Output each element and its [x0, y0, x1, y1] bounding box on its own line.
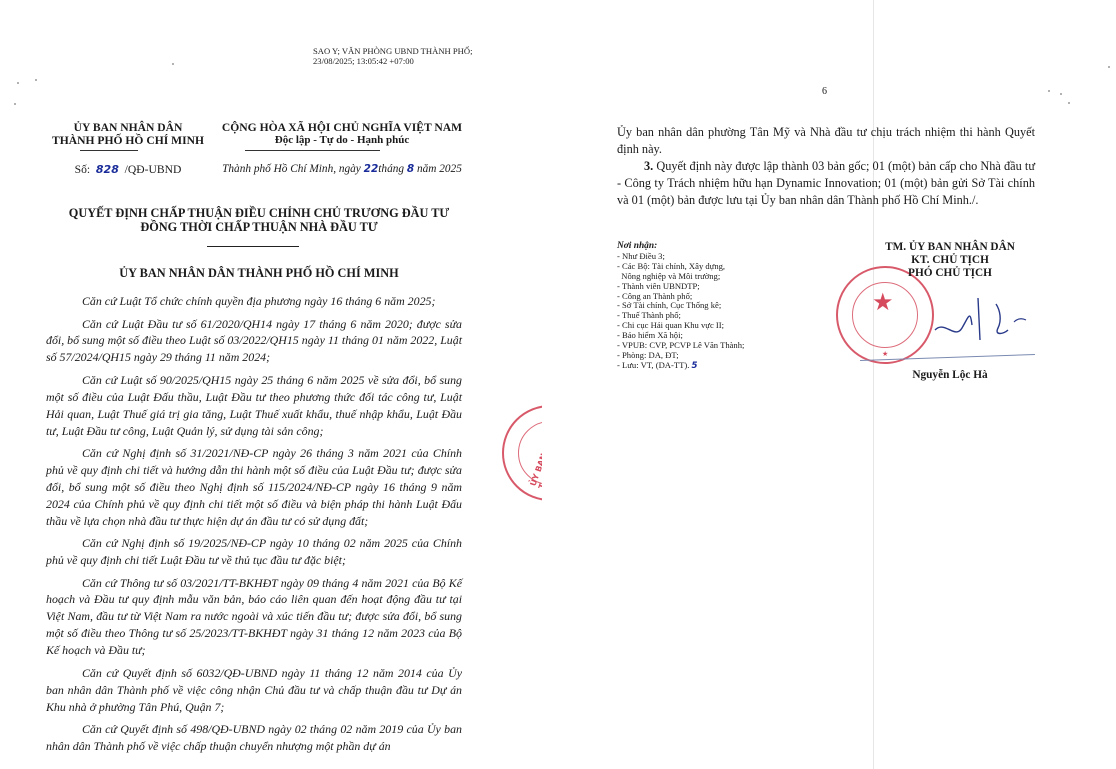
month-handwritten: 8 [407, 163, 414, 175]
legal-basis-paragraph: Căn cứ Luật Đầu tư số 61/2020/QH14 ngày … [46, 316, 462, 367]
legal-basis-paragraph: Căn cứ Luật số 90/2025/QH15 ngày 25 thán… [46, 372, 462, 440]
recipient-text: - Công an Thành phố; [617, 291, 692, 301]
seal-star-small-icon: ★ [882, 350, 888, 358]
paragraph-3-text: Quyết định này được lập thành 03 bản gốc… [617, 159, 1035, 207]
title-line1: QUYẾT ĐỊNH CHẤP THUẬN ĐIỀU CHỈNH CHỦ TRƯ… [20, 206, 498, 220]
recipient-text: - Các Bộ: Tài chính, Xây dựng, [617, 261, 725, 271]
national-header: CỘNG HÒA XÃ HỘI CHỦ NGHĨA VIỆT NAM Độc l… [206, 121, 478, 147]
red-seal: ★ ★ [836, 266, 934, 364]
doc-no-label: Số: [75, 163, 90, 176]
recipients-list: Nơi nhận: - Như Điều 3;- Các Bộ: Tài chí… [617, 242, 837, 372]
page-number: 6 [822, 86, 827, 97]
red-seal-partial: ỦY BAN NHÂN DÂN T [502, 405, 542, 501]
scan-speck [1068, 102, 1070, 104]
doc-no-suffix: /QĐ-UBND [125, 163, 182, 176]
national-motto: Độc lập - Tự do - Hạnh phúc [206, 134, 478, 147]
recipient-text: - Thuế Thành phố; [617, 310, 681, 320]
recipient-text: Nông nghiệp và Môi trường; [617, 271, 720, 281]
scan-speck [1048, 90, 1050, 92]
paragraph-3: 3. Quyết định này được lập thành 03 bản … [617, 158, 1035, 209]
scan-speck [35, 79, 37, 81]
legal-basis-paragraph: Căn cứ Luật Tổ chức chính quyền địa phươ… [46, 293, 462, 310]
handwritten-copy-count: 5 [692, 361, 698, 371]
document-number: Số: 828 /QĐ-UBND [38, 163, 218, 176]
recipient-text: - Chi cục Hải quan Khu vực II; [617, 320, 724, 330]
signature-line1: TM. ỦY BAN NHÂN DÂN [850, 241, 1050, 254]
recipient-item: - Lưu: VT, (DA-TT). 5 [617, 361, 837, 372]
star-emblem-icon: ★ [872, 288, 894, 316]
recipient-text: - Sở Tài chính, Cục Thống kê; [617, 300, 721, 310]
recipient-text: - Phòng: DA, ĐT; [617, 350, 679, 360]
scan-fold-line [873, 0, 874, 769]
legal-basis-paragraph: Căn cứ Quyết định số 498/QĐ-UBND ngày 02… [46, 721, 462, 755]
month-label: tháng [378, 163, 404, 175]
issuing-authority: ỦY BAN NHÂN DÂN THÀNH PHỐ HỒ CHÍ MINH [20, 266, 498, 281]
document-page-1: SAO Y; VĂN PHÒNG UBND THÀNH PHỐ; 23/08/2… [0, 0, 542, 769]
legal-basis-paragraph: Căn cứ Nghị định số 19/2025/NĐ-CP ngày 1… [46, 535, 462, 569]
motto-underline [245, 150, 380, 151]
scan-speck [1108, 66, 1110, 68]
recipient-text: - Lưu: VT, (DA-TT). [617, 360, 689, 370]
signature-line3: PHÓ CHỦ TỊCH [850, 267, 1050, 280]
year-text: năm 2025 [417, 163, 462, 175]
scan-speck [1060, 93, 1062, 95]
recipient-text: - Bảo hiểm Xã hội; [617, 330, 683, 340]
signature-line2: KT. CHỦ TỊCH [850, 254, 1050, 267]
scan-speck [14, 103, 16, 105]
recipient-text: - Thành viên UBNDTP; [617, 281, 700, 291]
place-and-date: Thành phố Hồ Chí Minh, ngày 22tháng 8 nă… [206, 163, 478, 175]
scan-speck [172, 63, 174, 65]
scan-speck [17, 82, 19, 84]
signature-block: TM. ỦY BAN NHÂN DÂN KT. CHỦ TỊCH PHÓ CHỦ… [850, 241, 1050, 279]
document-page-6: 6 Ủy ban nhân dân phường Tân Mỹ và Nhà đ… [560, 0, 1116, 769]
issuer-underline [80, 150, 138, 151]
legal-basis-paragraph: Căn cứ Thông tư số 03/2021/TT-BKHĐT ngày… [46, 575, 462, 660]
place-date-prefix: Thành phố Hồ Chí Minh, ngày [222, 163, 361, 175]
legal-basis-paragraphs: Căn cứ Luật Tổ chức chính quyền địa phươ… [46, 293, 462, 760]
decision-title: QUYẾT ĐỊNH CHẤP THUẬN ĐIỀU CHỈNH CHỦ TRƯ… [20, 206, 498, 234]
signer-name: Nguyễn Lộc Hà [850, 369, 1050, 381]
issuer-line1: ỦY BAN NHÂN DÂN [38, 121, 218, 134]
nation-line1: CỘNG HÒA XÃ HỘI CHỦ NGHĨA VIỆT NAM [206, 121, 478, 134]
recipient-text: - VPUB: CVP, PCVP Lê Văn Thành; [617, 340, 744, 350]
closing-paragraphs: Ủy ban nhân dân phường Tân Mỹ và Nhà đầu… [617, 124, 1035, 209]
issuer-header: ỦY BAN NHÂN DÂN THÀNH PHỐ HỒ CHÍ MINH [38, 121, 218, 147]
doc-no-handwritten: 828 [96, 163, 119, 176]
paragraph-continued: Ủy ban nhân dân phường Tân Mỹ và Nhà đầu… [617, 124, 1035, 158]
paragraph-3-number: 3. [644, 159, 653, 173]
day-handwritten: 22 [364, 163, 379, 175]
issuer-line2: THÀNH PHỐ HỒ CHÍ MINH [38, 134, 218, 147]
recipient-text: - Như Điều 3; [617, 251, 665, 261]
legal-basis-paragraph: Căn cứ Nghị định số 31/2021/NĐ-CP ngày 2… [46, 445, 462, 530]
digital-copy-stamp: SAO Y; VĂN PHÒNG UBND THÀNH PHỐ; 23/08/2… [313, 47, 472, 66]
copy-stamp-line2: 23/08/2025; 13:05:42 +07:00 [313, 57, 472, 67]
title-divider [207, 246, 299, 247]
handwritten-signature-icon [930, 290, 1040, 350]
title-line2: ĐỒNG THỜI CHẤP THUẬN NHÀ ĐẦU TƯ [20, 220, 498, 234]
legal-basis-paragraph: Căn cứ Quyết định số 6032/QĐ-UBND ngày 1… [46, 665, 462, 716]
